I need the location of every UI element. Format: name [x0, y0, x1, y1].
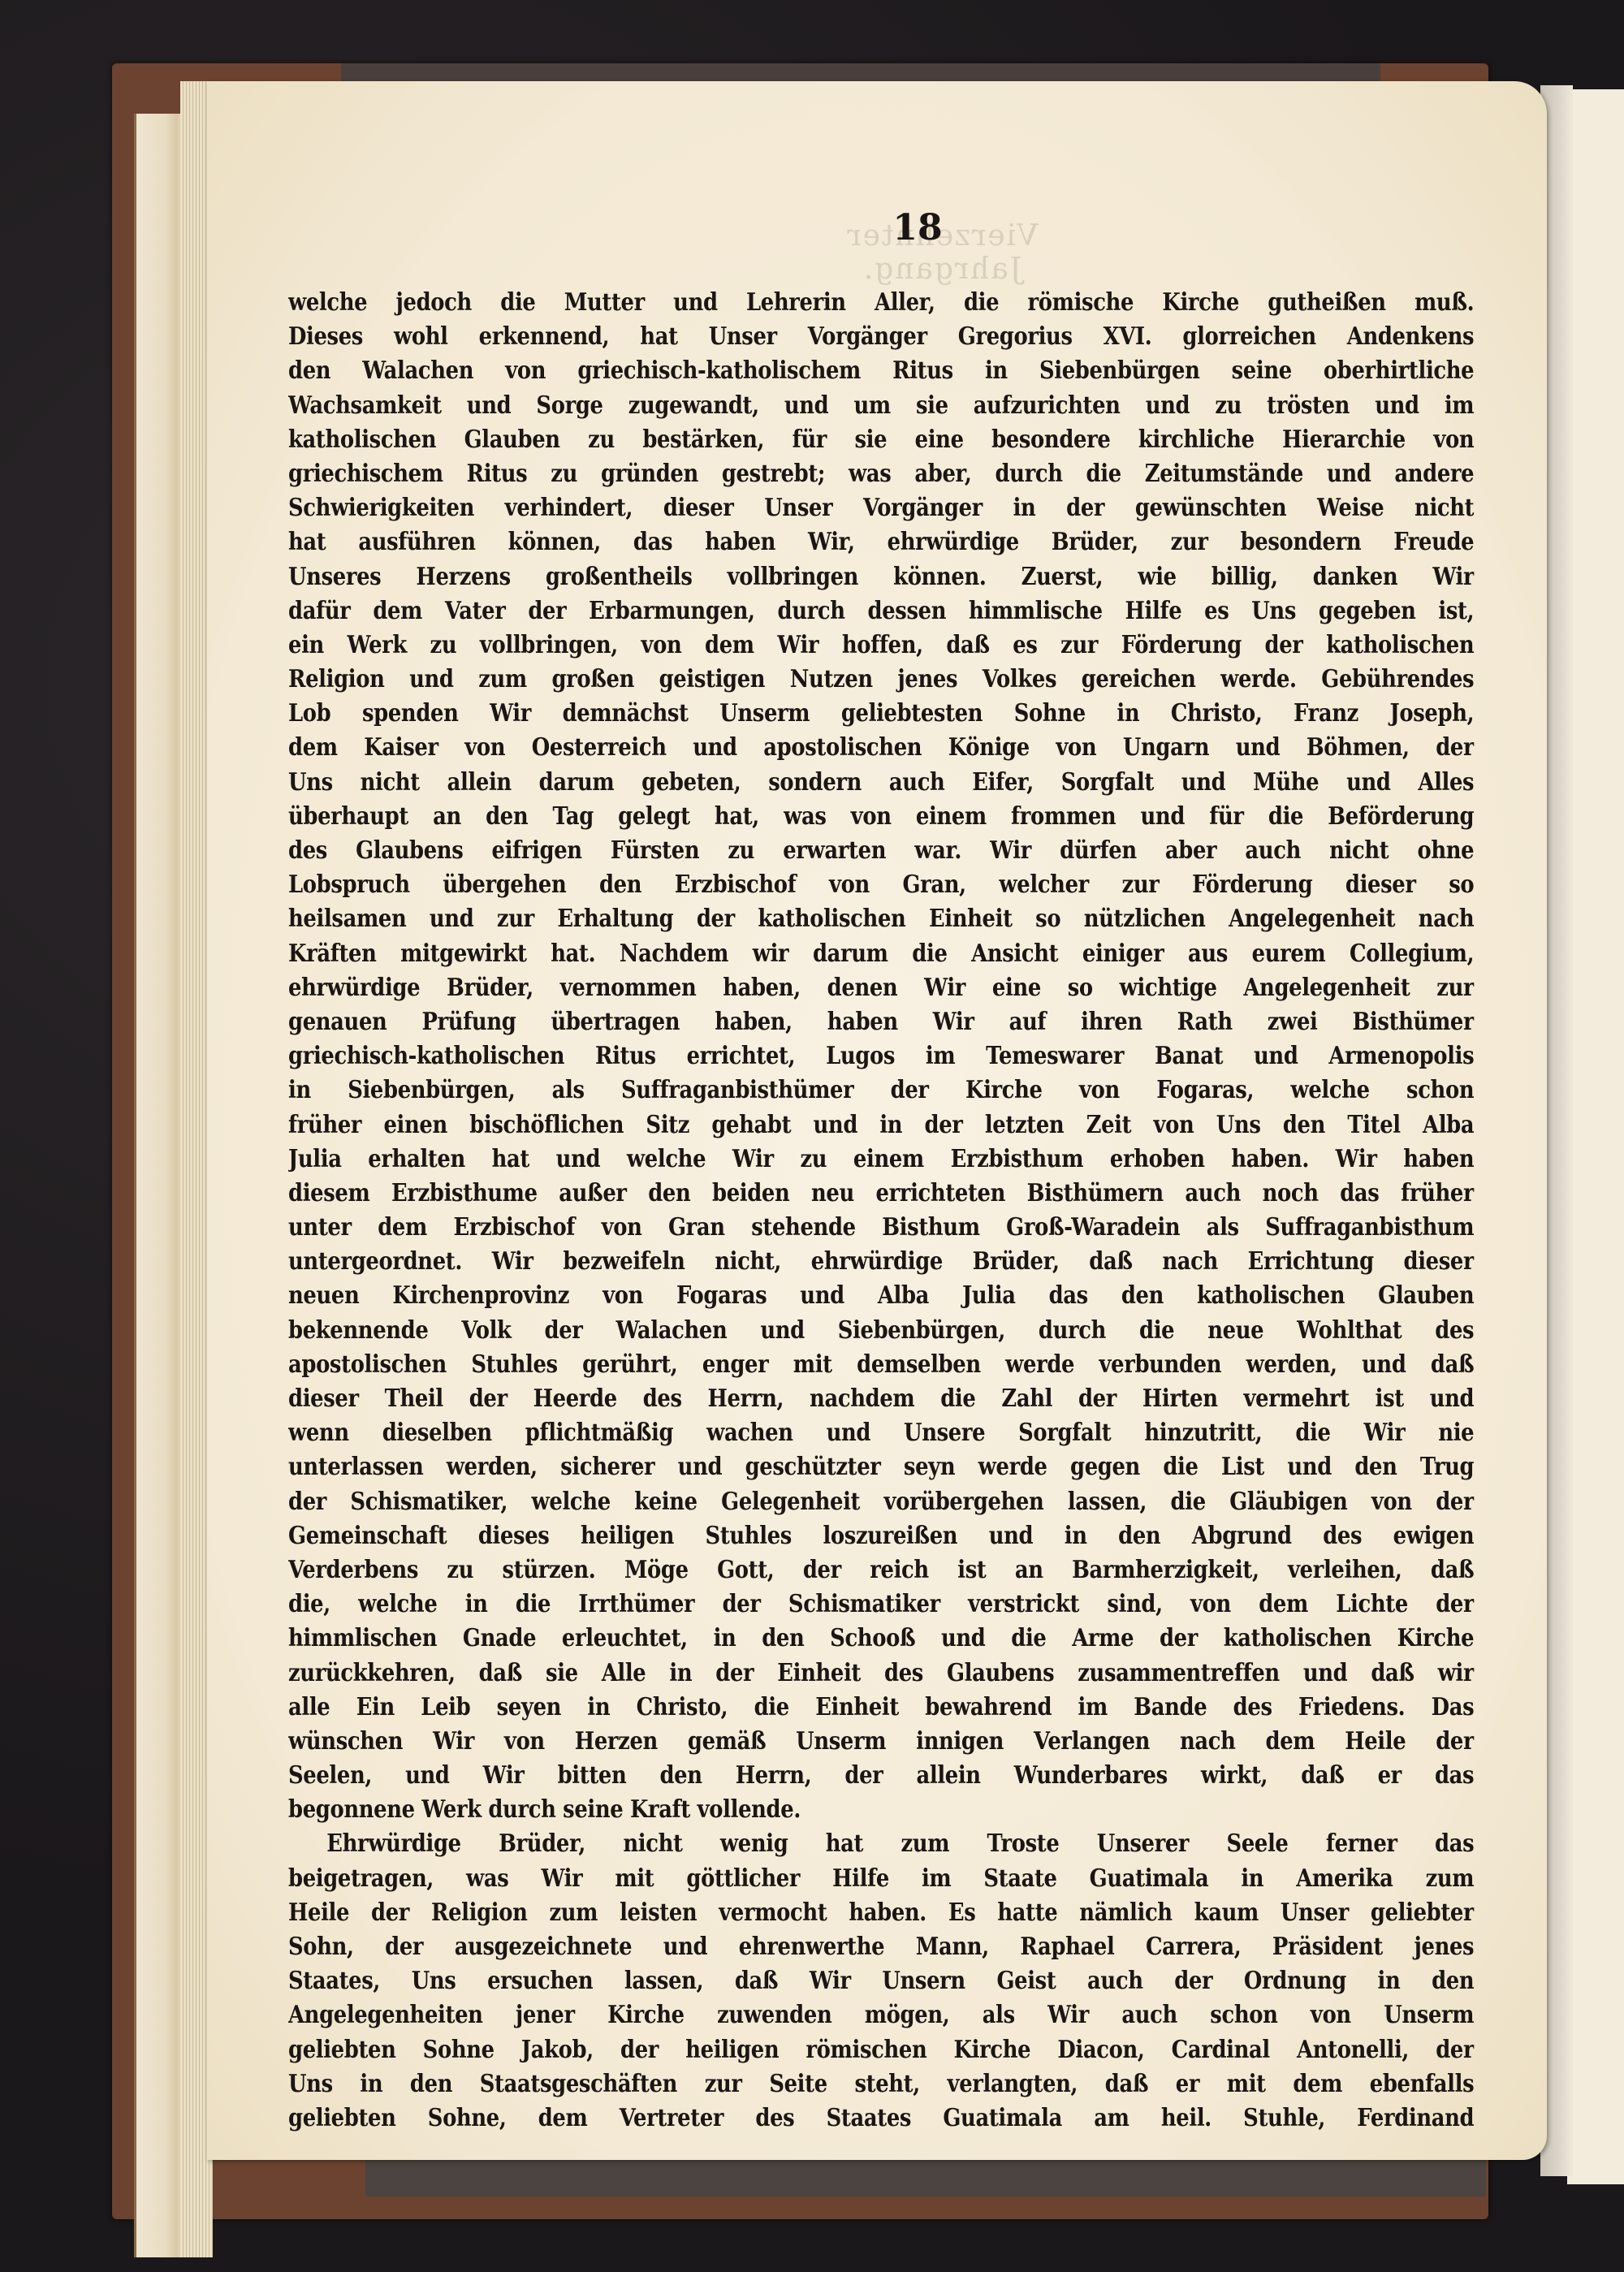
body-text: welche jedoch die Mutter und Lehrerin Al… — [288, 286, 1474, 2136]
text-line: Staates, Uns ersuchen lassen, daß Wir Un… — [288, 1964, 1474, 1998]
text-line: neuen Kirchenprovinz von Fogaras und Alb… — [288, 1279, 1474, 1313]
text-line: Kräften mitgewirkt hat. Nachdem wir daru… — [288, 937, 1474, 971]
text-line: ein Werk zu vollbringen, von dem Wir hof… — [288, 628, 1474, 663]
paragraph-start-line: Ehrwürdige Brüder, nicht wenig hat zum T… — [288, 1827, 1474, 1861]
text-line: Religion und zum großen geistigen Nutzen… — [288, 663, 1474, 697]
text-line: unterlassen werden, sicherer und geschüt… — [288, 1450, 1474, 1484]
facing-page — [1567, 89, 1624, 2184]
text-line: die, welche in die Irrthümer der Schisma… — [288, 1587, 1474, 1622]
text-line: Angelegenheiten jener Kirche zuwenden mö… — [288, 1998, 1474, 2032]
text-line: untergeordnet. Wir bezweifeln nicht, ehr… — [288, 1245, 1474, 1279]
text-line: überhaupt an den Tag gelegt hat, was von… — [288, 800, 1474, 834]
page-number: 18 — [885, 207, 950, 248]
text-line: katholischen Glauben zu bestärken, für s… — [288, 423, 1474, 457]
text-line: ehrwürdige Brüder, vernommen haben, dene… — [288, 971, 1474, 1005]
text-line: in Siebenbürgen, als Suffraganbisthümer … — [288, 1073, 1474, 1108]
text-line: Seelen, und Wir bitten den Herrn, der al… — [288, 1759, 1474, 1793]
text-line: dieser Theil der Heerde des Herrn, nachd… — [288, 1382, 1474, 1416]
text-line: zurückkehren, daß sie Alle in der Einhei… — [288, 1656, 1474, 1691]
text-line: früher einen bischöflichen Sitz gehabt u… — [288, 1108, 1474, 1142]
text-line: genauen Prüfung übertragen haben, haben … — [288, 1005, 1474, 1039]
text-line: geliebten Sohne Jakob, der heiligen römi… — [288, 2033, 1474, 2067]
text-line: Dieses wohl erkennend, hat Unser Vorgäng… — [288, 320, 1474, 354]
text-line: himmlischen Gnade erleuchtet, in den Sch… — [288, 1622, 1474, 1656]
text-line: Gemeinschaft dieses heiligen Stuhles los… — [288, 1519, 1474, 1553]
text-line: Sohn, der ausgezeichnete und ehrenwerthe… — [288, 1930, 1474, 1964]
text-line: griechischem Ritus zu gründen gestrebt; … — [288, 457, 1474, 491]
text-line: bekennende Volk der Walachen und Siebenb… — [288, 1314, 1474, 1348]
text-line: Lobspruch übergehen den Erzbischof von G… — [288, 868, 1474, 902]
text-line: alle Ein Leib seyen in Christo, die Einh… — [288, 1691, 1474, 1725]
text-line: der Schismatiker, welche keine Gelegenhe… — [288, 1485, 1474, 1519]
text-line: den Walachen von griechisch-katholischem… — [288, 354, 1474, 388]
text-line: apostolischen Stuhles gerührt, enger mit… — [288, 1348, 1474, 1382]
text-line: dafür dem Vater der Erbarmungen, durch d… — [288, 594, 1474, 628]
paragraph-end-line: begonnene Werk durch seine Kraft vollend… — [288, 1793, 1474, 1827]
text-line: dem Kaiser von Oesterreich und apostolis… — [288, 731, 1474, 765]
text-line: beigetragen, was Wir mit göttlicher Hilf… — [288, 1862, 1474, 1896]
text-line: des Glaubens eifrigen Fürsten zu erwarte… — [288, 834, 1474, 868]
text-line: Uns nicht allein darum gebeten, sondern … — [288, 766, 1474, 800]
text-line: Lob spenden Wir demnächst Unserm geliebt… — [288, 697, 1474, 731]
text-line: unter dem Erzbischof von Gran stehende B… — [288, 1211, 1474, 1245]
text-line: welche jedoch die Mutter und Lehrerin Al… — [288, 286, 1474, 320]
text-line: griechisch-katholischen Ritus errichtet,… — [288, 1039, 1474, 1073]
text-line: Julia erhalten hat und welche Wir zu ein… — [288, 1142, 1474, 1177]
text-line: Wachsamkeit und Sorge zugewandt, und um … — [288, 389, 1474, 423]
text-line: geliebten Sohne, dem Vertreter des Staat… — [288, 2101, 1474, 2136]
text-line: diesem Erzbisthume außer den beiden neu … — [288, 1177, 1474, 1211]
text-line: Verderbens zu stürzen. Möge Gott, der re… — [288, 1553, 1474, 1587]
text-line: heilsamen und zur Erhaltung der katholis… — [288, 902, 1474, 936]
text-line: Heile der Religion zum leisten vermocht … — [288, 1896, 1474, 1930]
text-line: Uns in den Staatsgeschäften zur Seite st… — [288, 2067, 1474, 2101]
text-line: wünschen Wir von Herzen gemäß Unserm inn… — [288, 1725, 1474, 1759]
text-line: Unseres Herzens großentheils vollbringen… — [288, 560, 1474, 594]
text-line: wenn dieselben pflichtmäßig wachen und U… — [288, 1416, 1474, 1450]
text-line: Schwierigkeiten verhindert, dieser Unser… — [288, 491, 1474, 525]
text-line: hat ausführen können, das haben Wir, ehr… — [288, 525, 1474, 559]
